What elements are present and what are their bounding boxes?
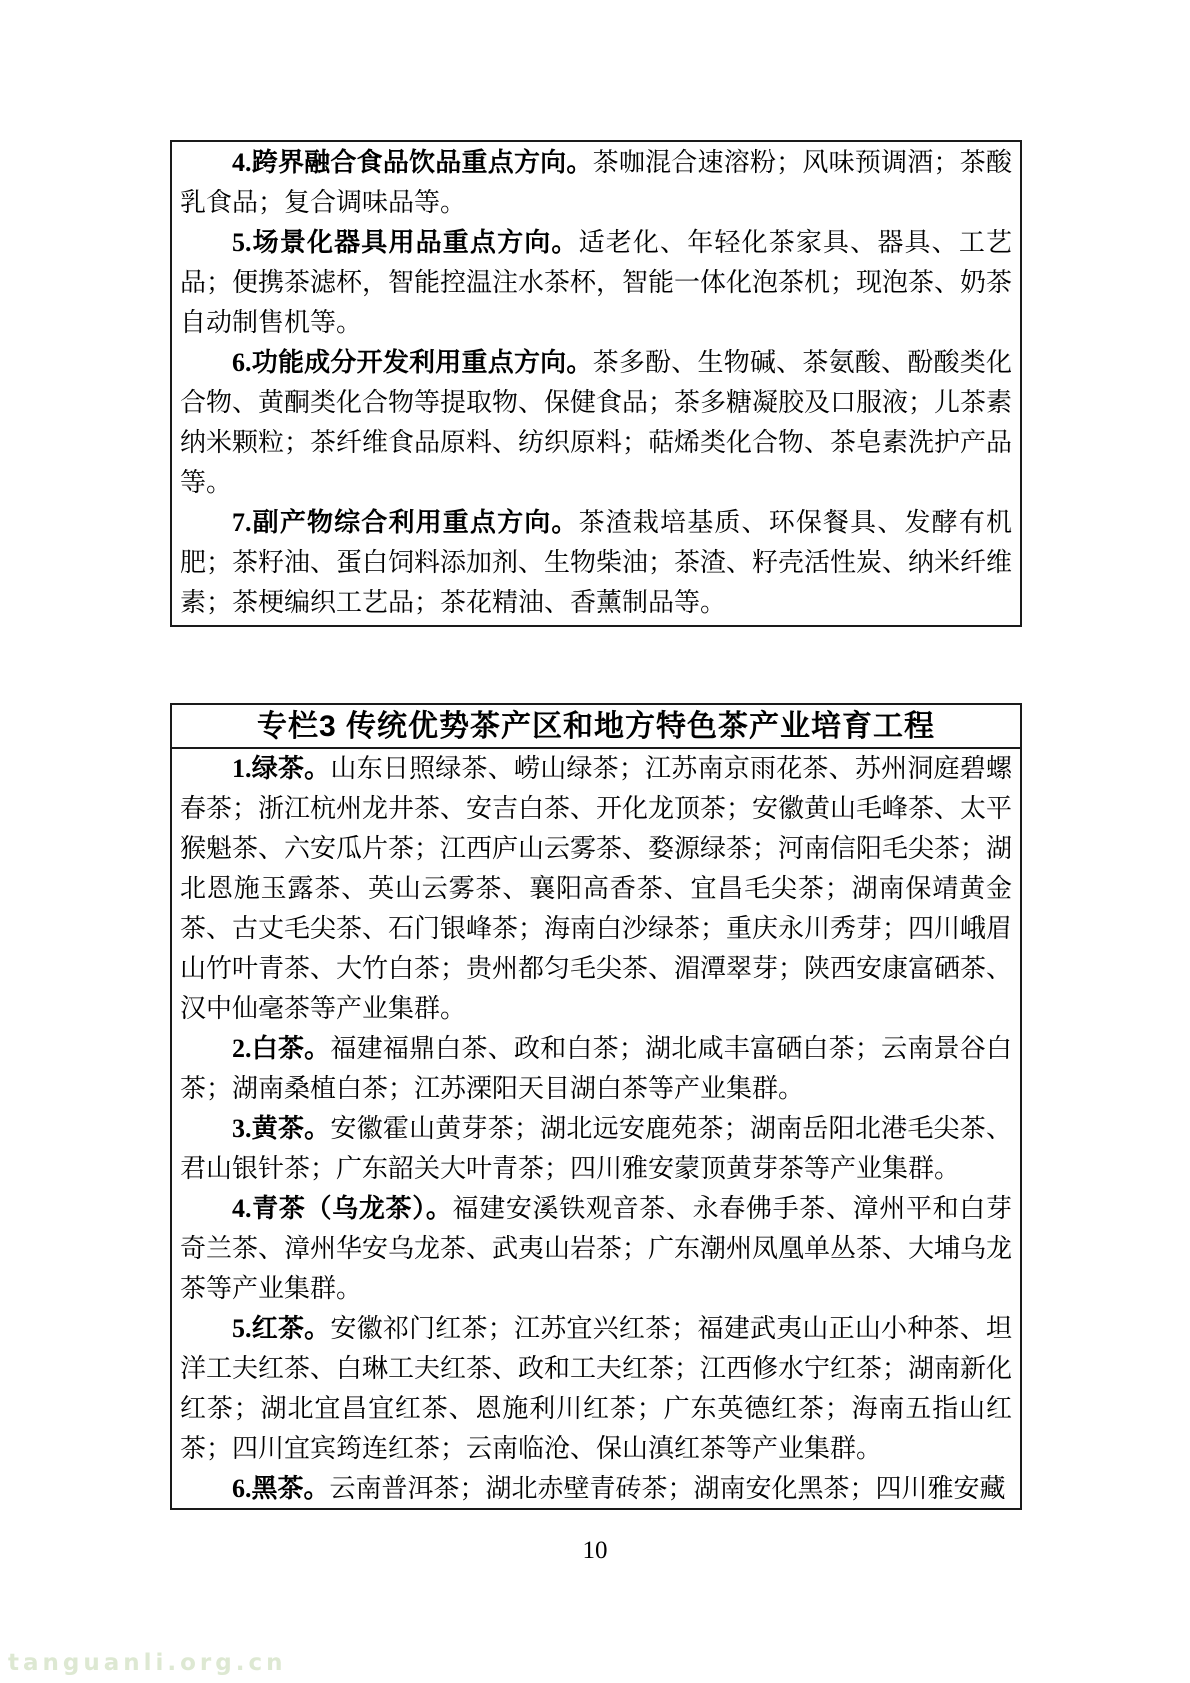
paragraph-oolong-tea: 4.青茶（乌龙茶）。福建安溪铁观音茶、永春佛手茶、漳州平和白芽奇兰茶、漳州华安乌… [180,1189,1012,1309]
paragraph-functional-components: 6.功能成分开发利用重点方向。茶多酚、生物碱、茶氨酸、酚酸类化合物、黄酮类化合物… [180,343,1012,503]
column3-tea-regions-box: 专栏3 传统优势茶产区和地方特色茶产业培育工程 1.绿茶。山东日照绿茶、崂山绿茶… [170,703,1022,1510]
paragraph-body: 山东日照绿茶、崂山绿茶；江苏南京雨花茶、苏州洞庭碧螺春茶；浙江杭州龙井茶、安吉白… [180,754,1012,1023]
paragraph-scene-utensils: 5.场景化器具用品重点方向。适老化、年轻化茶家具、器具、工艺品；便携茶滤杯，智能… [180,223,1012,343]
box-title: 专栏3 传统优势茶产区和地方特色茶产业培育工程 [172,705,1020,749]
watermark: tanguanli.org.cn [8,1650,286,1676]
paragraph-heading: 4.跨界融合食品饮品重点方向。 [232,148,593,177]
paragraph-green-tea: 1.绿茶。山东日照绿茶、崂山绿茶；江苏南京雨花茶、苏州洞庭碧螺春茶；浙江杭州龙井… [180,749,1012,1029]
paragraph-heading: 3.黄茶。 [232,1114,330,1143]
page-number: 10 [0,1537,1190,1565]
box-body: 1.绿茶。山东日照绿茶、崂山绿茶；江苏南京雨花茶、苏州洞庭碧螺春茶；浙江杭州龙井… [172,749,1020,1509]
paragraph-heading: 2.白茶。 [232,1034,330,1063]
paragraph-byproducts: 7.副产物综合利用重点方向。茶渣栽培基质、环保餐具、发酵有机肥；茶籽油、蛋白饲料… [180,503,1012,623]
paragraph-heading: 5.场景化器具用品重点方向。 [232,228,579,257]
document-page: { "page": { "number": "10", "watermark":… [0,0,1190,1683]
paragraph-heading: 7.副产物综合利用重点方向。 [232,508,579,537]
paragraph-heading: 4.青茶（乌龙茶）。 [232,1194,453,1223]
paragraph-heading: 1.绿茶。 [232,754,330,783]
paragraph-yellow-tea: 3.黄茶。安徽霍山黄芽茶；湖北远安鹿苑茶；湖南岳阳北港毛尖茶、君山银针茶；广东韶… [180,1109,1012,1189]
key-directions-box: 4.跨界融合食品饮品重点方向。茶咖混合速溶粉；风味预调酒；茶酸乳食品；复合调味品… [170,140,1022,627]
paragraph-white-tea: 2.白茶。福建福鼎白茶、政和白茶；湖北咸丰富硒白茶；云南景谷白茶；湖南桑植白茶；… [180,1029,1012,1109]
paragraph-cross-sector-food: 4.跨界融合食品饮品重点方向。茶咖混合速溶粉；风味预调酒；茶酸乳食品；复合调味品… [180,143,1012,223]
paragraph-black-tea: 5.红茶。安徽祁门红茶；江苏宜兴红茶；福建武夷山正山小种茶、坦洋工夫红茶、白琳工… [180,1309,1012,1469]
paragraph-body: 云南普洱茶；湖北赤壁青砖茶；湖南安化黑茶；四川雅安藏 [330,1474,1006,1503]
paragraph-heading: 6.功能成分开发利用重点方向。 [232,348,593,377]
paragraph-heading: 5.红茶。 [232,1314,330,1343]
paragraph-heading: 6.黑茶。 [232,1474,330,1503]
paragraph-dark-tea: 6.黑茶。云南普洱茶；湖北赤壁青砖茶；湖南安化黑茶；四川雅安藏 [180,1469,1012,1509]
